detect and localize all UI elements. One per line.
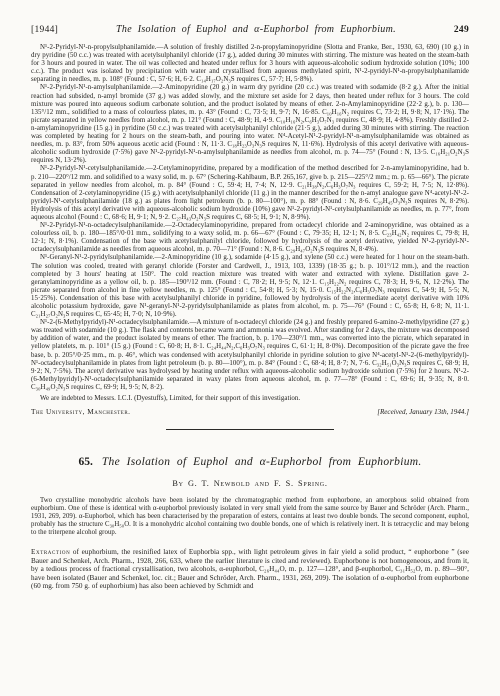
header-page-number: 249 — [454, 25, 469, 35]
header-running-title: The Isolation of Euphol and α-Euphorbol … — [58, 24, 454, 35]
intro-body-text: of euphorbium, the resinified latex of E… — [31, 548, 469, 590]
experimental-paragraph-octadecyl: N¹-2-Pyridyl-N¹-n-octadecylsulphanilamid… — [31, 222, 469, 254]
experimental-paragraph-cetyl: N¹-2-Pyridyl-N¹-cetylsulphanilamide.—2-C… — [31, 165, 469, 222]
article-number: 65. — [78, 456, 92, 468]
section-divider-rule — [166, 429, 334, 430]
acknowledgement-text: We are indebted to Messrs. I.C.I. (Dyest… — [31, 395, 469, 403]
signature-row: The University, Manchester. [Received, J… — [31, 407, 469, 416]
experimental-paragraph-methylpyridyl: N¹-2-(6-Methylpyridyl)-N¹-octadecylsulph… — [31, 319, 469, 392]
intro-lead-word: Extraction — [31, 548, 70, 556]
institution-address: The University, Manchester. — [31, 407, 131, 416]
article-heading: 65.The Isolation of Euphol and α-Euphorb… — [31, 445, 469, 472]
journal-page: [1944] The Isolation of Euphol and α-Eup… — [0, 0, 500, 696]
article-byline: By G. T. Newbold and F. S. Spring. — [31, 479, 469, 488]
article-abstract: Two crystalline monohydric alcohols have… — [31, 497, 469, 537]
article-title: The Isolation of Euphol and α-Euphorbol … — [102, 456, 422, 468]
experimental-paragraph-geranyl: N¹-Geranyl-N¹-2-pyridylsulphanilamide.—2… — [31, 254, 469, 319]
page-header: [1944] The Isolation of Euphol and α-Eup… — [31, 24, 469, 35]
experimental-section: N¹-2-Pyridyl-N¹-n-propylsulphanilamide.—… — [31, 44, 469, 403]
header-year-tag: [1944] — [31, 25, 58, 35]
received-date: [Received, January 13th, 1944.] — [377, 408, 469, 416]
article-intro-paragraph: Extraction of euphorbium, the resinified… — [31, 548, 469, 591]
experimental-paragraph-propyl: N¹-2-Pyridyl-N¹-n-propylsulphanilamide.—… — [31, 44, 469, 84]
experimental-paragraph-amyl: N¹-2-Pyridyl-N¹-n-amylsulphanilamide.—2-… — [31, 84, 469, 165]
